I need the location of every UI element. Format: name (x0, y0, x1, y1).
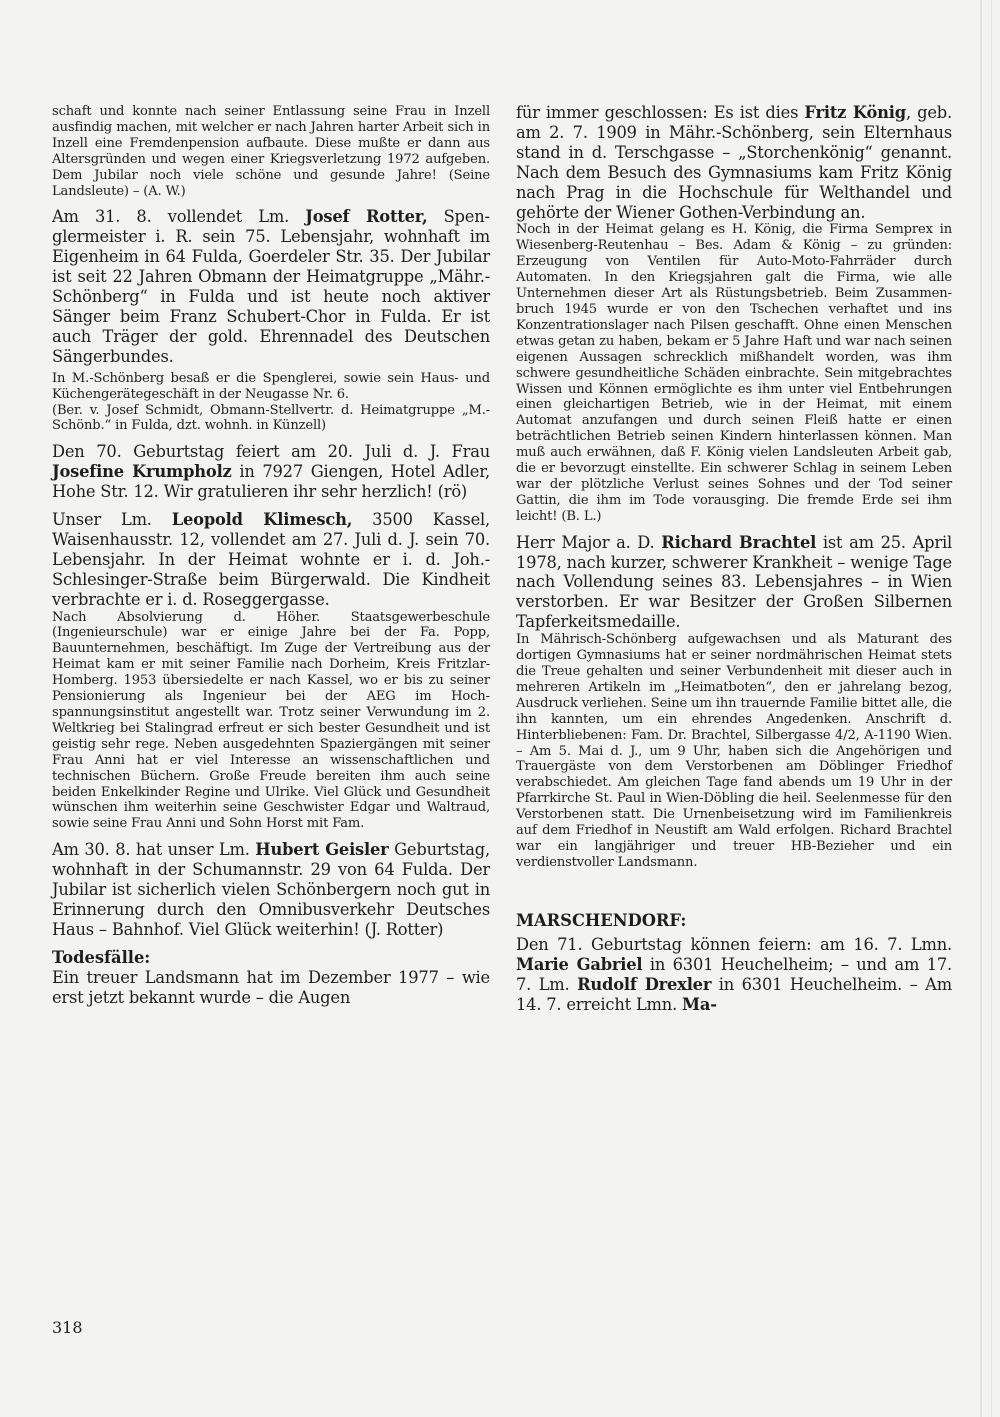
paragraph-continued: schaft und konnte nach seiner Entlassung… (52, 104, 490, 199)
person-name: Marie Gabriel (516, 955, 642, 974)
person-name: Fritz Kö­nig (804, 103, 906, 122)
person-name: Richard Brachtel (661, 533, 816, 552)
entry-klimesch-detail: Nach Absolvierung d. Höher. Staatsgewerb… (52, 610, 490, 833)
person-name: Josef Rotter, (305, 207, 427, 226)
entry-marschendorf-birthdays: Den 71. Geburtstag können feiern: am 16.… (516, 935, 952, 1015)
entry-richard-brachtel: Herr Major a. D. Richard Brachtel ist am… (516, 533, 952, 633)
entry-hubert-geisler: Am 30. 8. hat unser Lm. Hubert Geisler G… (52, 840, 490, 940)
entry-josefine-krumpholz: Den 70. Geburtstag feiert am 20. Juli d.… (52, 442, 490, 502)
person-name: Josefine Krumpholz (52, 462, 232, 481)
page-edge-line (980, 0, 982, 1417)
entry-brachtel-detail: In Mährisch-Schönberg aufgewachsen und a… (516, 632, 952, 871)
entry-leopold-klimesch: Unser Lm. Leopold Klimesch, 3500 Kassel,… (52, 510, 490, 610)
entry-fritz-koenig: für immer geschlossen: Es ist dies Fritz… (516, 103, 952, 222)
section-heading-todesfaelle: Todesfälle: (52, 948, 490, 968)
entry-rotter-source: (Ber. v. Josef Schmidt, Obmann-Stellvert… (52, 403, 490, 435)
person-name: Hubert Geisler (255, 840, 388, 859)
section-heading-marschendorf: MARSCHENDORF: (516, 911, 952, 931)
person-name: Ma- (682, 995, 717, 1014)
person-name: Rudolf Drexler (577, 975, 711, 994)
entry-todesfall-intro: Ein treuer Landsmann hat im Dezember 197… (52, 968, 490, 1008)
page-number: 318 (52, 1318, 83, 1337)
right-column: für immer geschlossen: Es ist dies Fritz… (516, 103, 952, 1014)
entry-koenig-detail: Noch in der Heimat gelang es H. König, d… (516, 222, 952, 524)
entry-rotter-detail: In M.-Schönberg besaß er die Spenglerei,… (52, 371, 490, 403)
person-name: Leopold Klimesch, (172, 510, 352, 529)
entry-josef-rotter: Am 31. 8. vollendet Lm. Josef Rotter, Sp… (52, 207, 490, 366)
left-column: schaft und konnte nach seiner Entlassung… (52, 104, 490, 1008)
page-edge-line (991, 0, 992, 1417)
